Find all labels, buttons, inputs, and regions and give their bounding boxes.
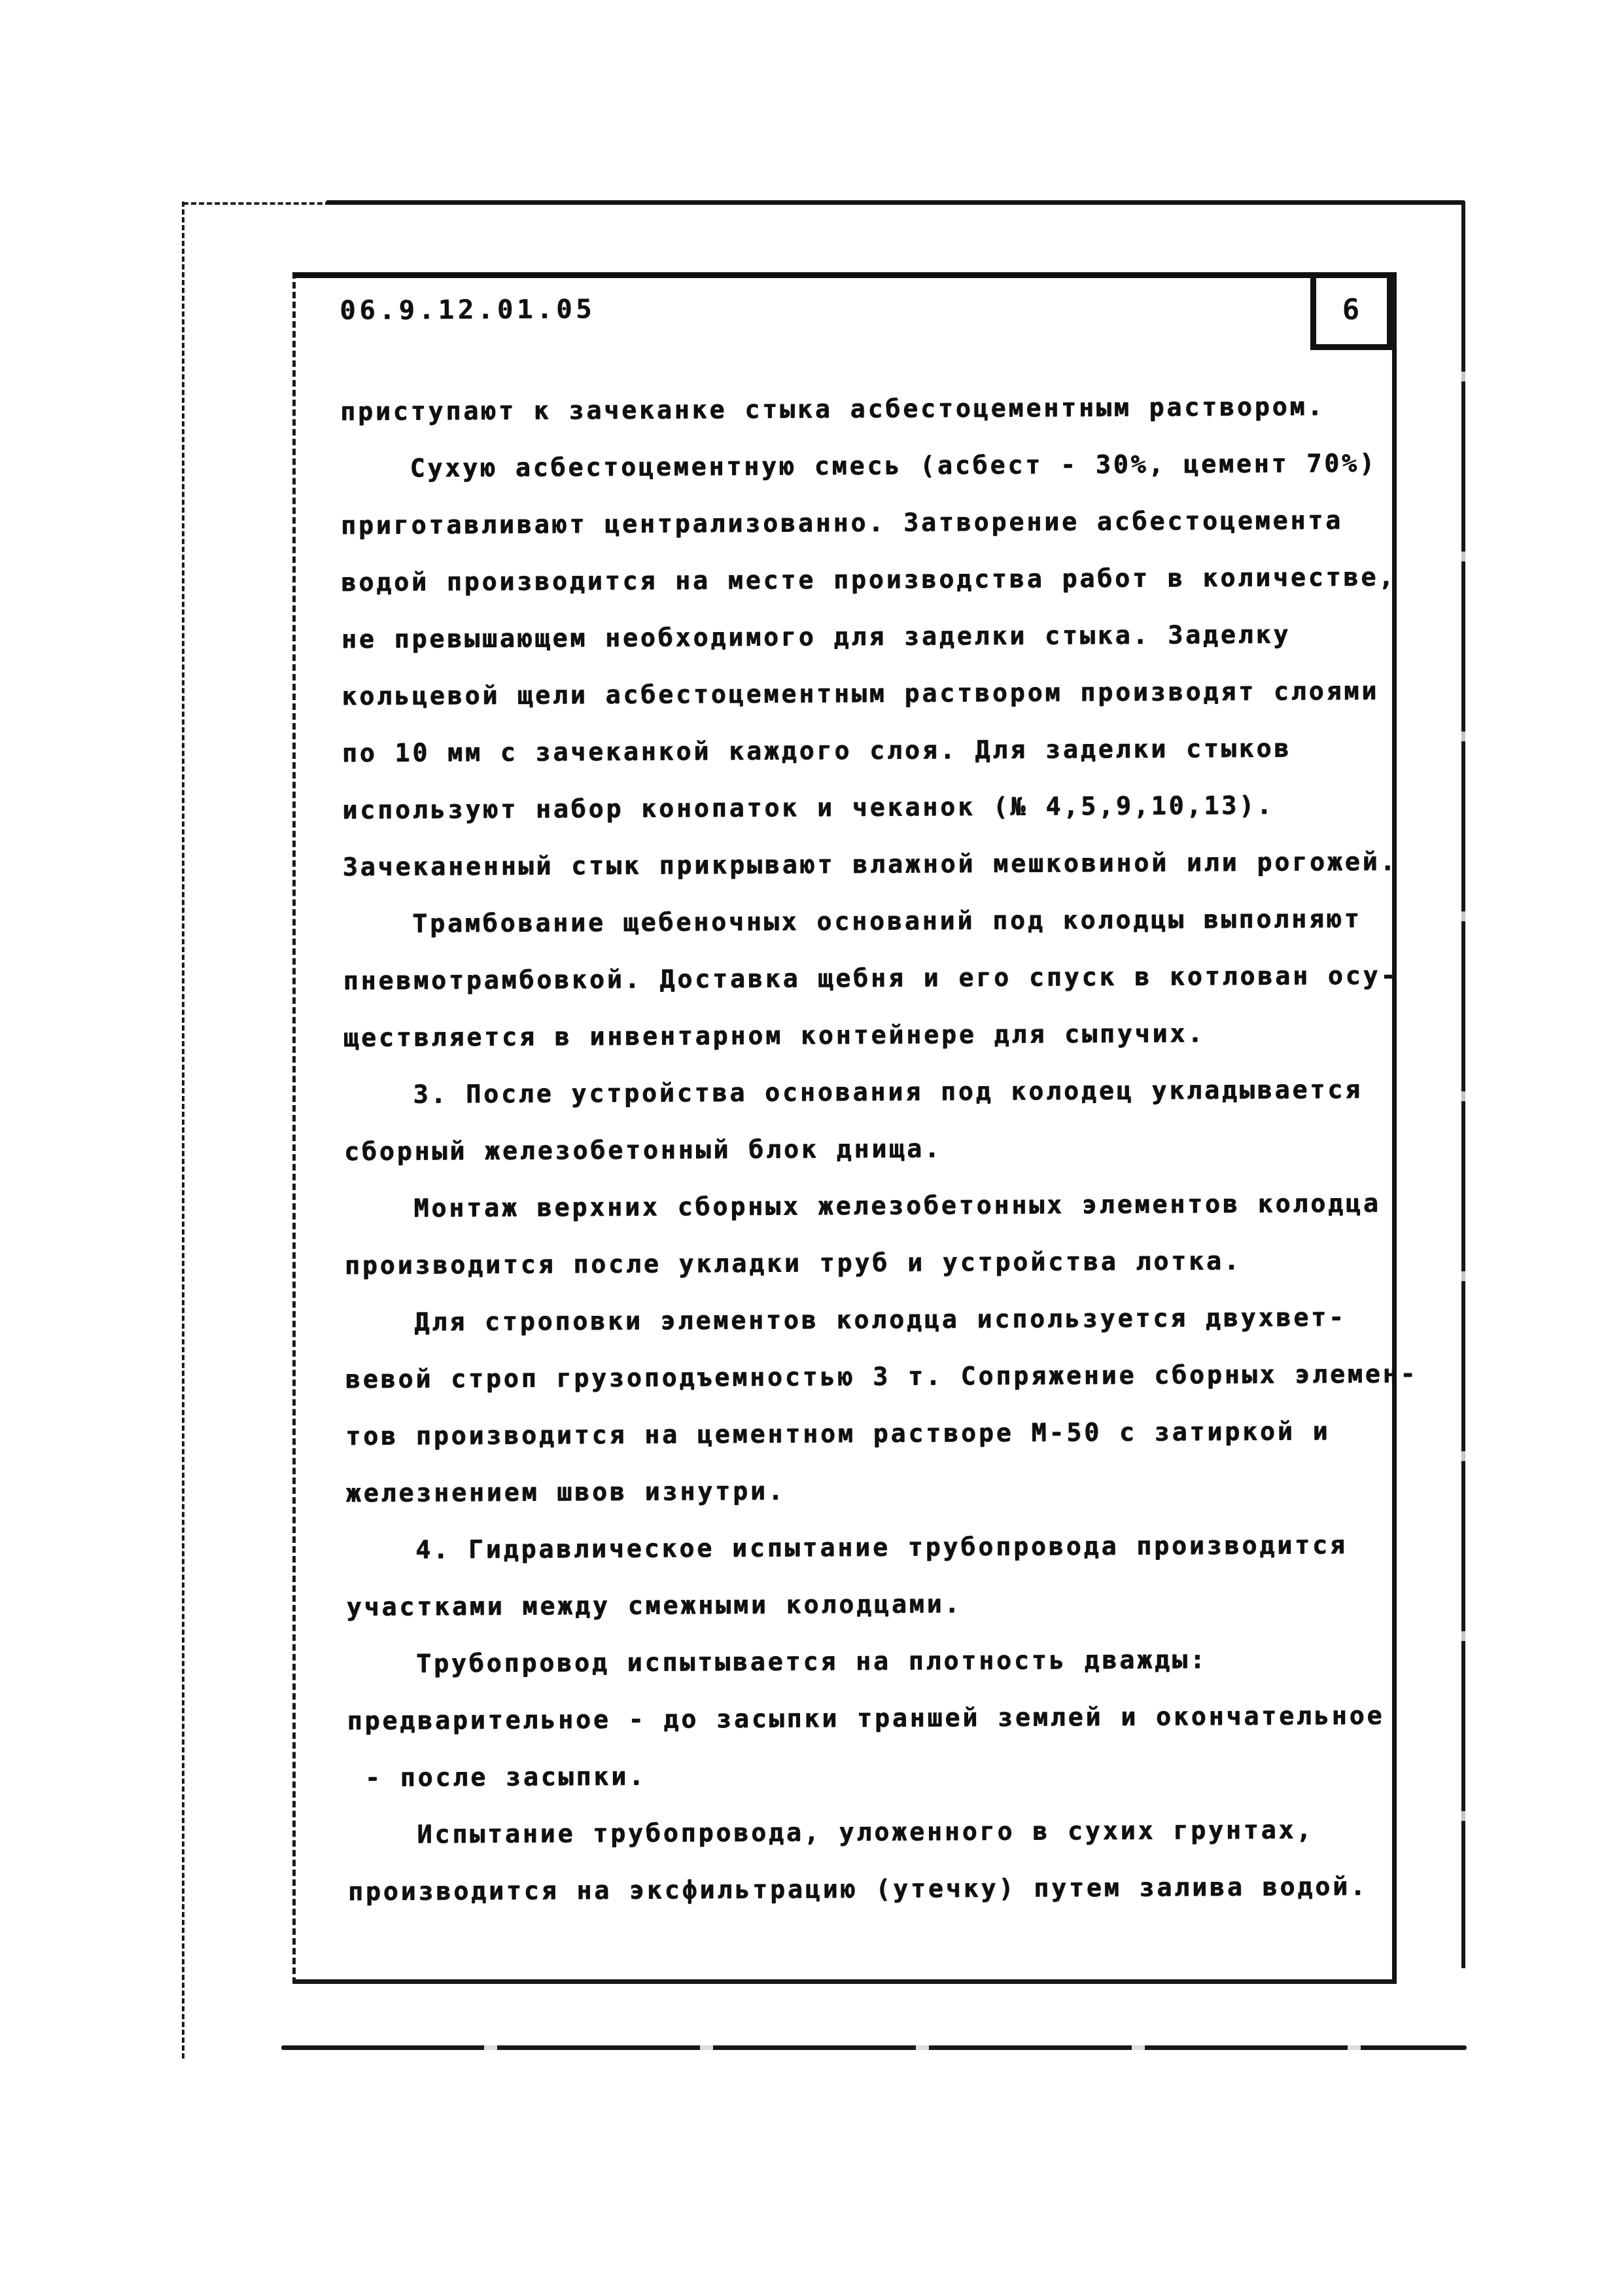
text-line: водой производится на месте производства… bbox=[341, 548, 1453, 611]
text-line: Для строповки элементов колодца использу… bbox=[345, 1288, 1457, 1351]
outer-frame-bottom-line bbox=[281, 2045, 1467, 2050]
text-line: участками между смежными колодцами. bbox=[346, 1573, 1458, 1636]
text-line: приготавливают централизованно. Затворен… bbox=[341, 491, 1453, 554]
text-line: Испытание трубопровода, уложенного в сух… bbox=[347, 1801, 1459, 1863]
text-line: железнением швов изнутри. bbox=[345, 1459, 1457, 1522]
text-line: используют набор конопаток и чеканок (№ … bbox=[342, 776, 1454, 839]
text-line: ществляется в инвентарном контейнере для… bbox=[343, 1004, 1456, 1067]
text-line: производится на эксфильтрацию (утечку) п… bbox=[348, 1858, 1460, 1920]
text-line: Трамбование щебеночных оснований под кол… bbox=[343, 890, 1455, 953]
text-line: не превышающем необходимого для заделки … bbox=[341, 605, 1454, 668]
outer-frame-right-line bbox=[1461, 202, 1465, 1968]
text-line: пневмотрамбовкой. Доставка щебня и его с… bbox=[343, 947, 1455, 1010]
text-line: кольцевой щели асбестоцементным растворо… bbox=[341, 662, 1454, 725]
text-line: 4. Гидравлическое испытание трубопровода… bbox=[346, 1516, 1458, 1579]
text-line: сборный железобетонный блок днища. bbox=[344, 1118, 1456, 1180]
doc-code: 06.9.12.01.05 bbox=[340, 294, 595, 326]
text-line: Сухую асбестоцементную смесь (асбест - 3… bbox=[340, 434, 1452, 497]
page-number-box: 6 bbox=[1310, 278, 1392, 350]
document-body: приступают к зачеканке стыка асбестоцеме… bbox=[340, 378, 1460, 1920]
outer-frame-left-line bbox=[182, 202, 184, 2058]
scanned-page: 6 06.9.12.01.05 приступают к зачеканке с… bbox=[0, 0, 1623, 2296]
outer-frame-top-line bbox=[326, 200, 1465, 205]
text-line: Трубопровод испытывается на плотность дв… bbox=[347, 1630, 1459, 1693]
page-number: 6 bbox=[1342, 293, 1361, 327]
text-line: по 10 мм с зачеканкой каждого слоя. Для … bbox=[342, 719, 1454, 782]
text-line: производится после укладки труб и устрой… bbox=[345, 1231, 1457, 1294]
text-line: тов производится на цементном растворе М… bbox=[345, 1402, 1457, 1465]
text-line: вевой строп грузоподъемностью 3 т. Сопря… bbox=[345, 1345, 1457, 1408]
text-line: - после засыпки. bbox=[347, 1744, 1459, 1807]
text-line: Монтаж верхних сборных железобетонных эл… bbox=[344, 1174, 1456, 1237]
text-line: Зачеканенный стык прикрывают влажной меш… bbox=[342, 833, 1454, 896]
text-line: предварительное - до засыпки траншей зем… bbox=[347, 1687, 1459, 1750]
outer-frame-top-dashed-line bbox=[183, 202, 330, 205]
text-line: 3. После устройства основания под колоде… bbox=[343, 1061, 1456, 1123]
text-line: приступают к зачеканке стыка асбестоцеме… bbox=[340, 378, 1452, 440]
